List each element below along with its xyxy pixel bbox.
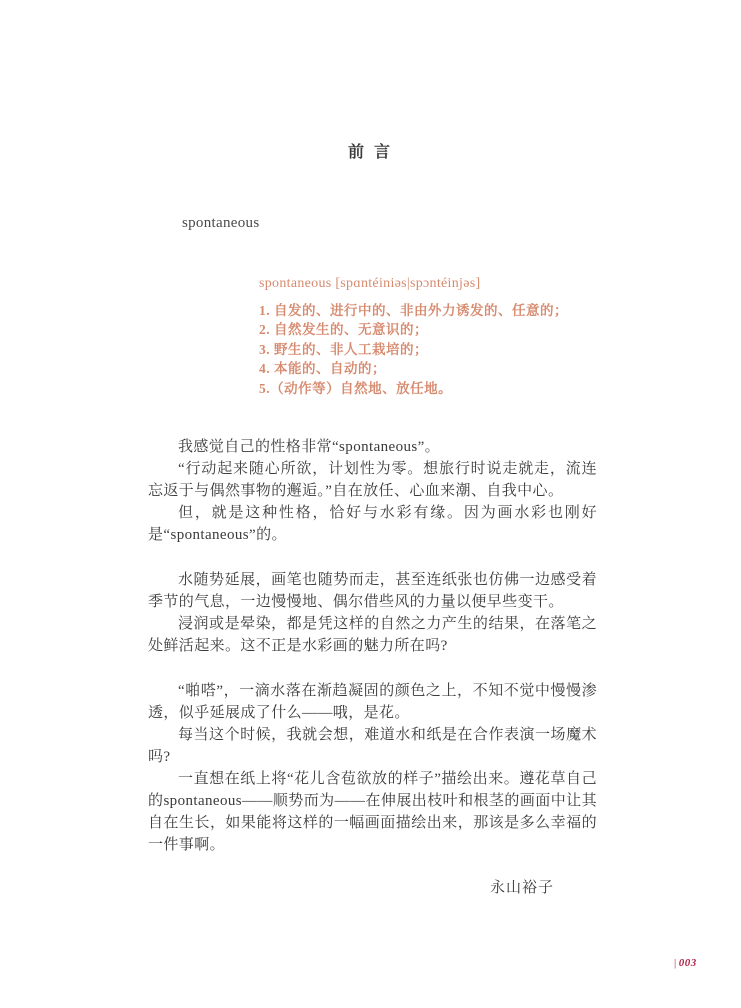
paragraph: “啪嗒”，一滴水落在渐趋凝固的颜色之上，不知不觉中慢慢渗透，似乎延展成了什么——… [148, 680, 597, 724]
paragraph-group-1: 我感觉自己的性格非常“spontaneous”。 “行动起来随心所欲，计划性为零… [148, 436, 597, 546]
paragraph-group-3: “啪嗒”，一滴水落在渐趋凝固的颜色之上，不知不觉中慢慢渗透，似乎延展成了什么——… [148, 680, 597, 856]
dictionary-definition-5: 5.（动作等）自然地、放任地。 [259, 379, 589, 398]
paragraph: 浸润或是晕染，都是凭这样的自然之力产生的结果，在落笔之处鲜活起来。这不正是水彩画… [148, 613, 597, 657]
paragraph: 但，就是这种性格，恰好与水彩有缘。因为画水彩也刚好是“spontaneous”的… [148, 502, 597, 546]
dictionary-entry-line: spontaneous [spɑntéiniəs|spɔntéinjəs] [259, 276, 589, 292]
paragraph: “行动起来随心所欲，计划性为零。想旅行时说走就走，流连忘返于与偶然事物的邂逅。”… [148, 458, 597, 502]
dictionary-definition-1: 1. 自发的、进行中的、非由外力诱发的、任意的； [259, 301, 589, 320]
preface-body: 我感觉自己的性格非常“spontaneous”。 “行动起来随心所欲，计划性为零… [148, 436, 597, 879]
dictionary-definition-3: 3. 野生的、非人工栽培的； [259, 340, 589, 359]
book-page: 前 言 spontaneous spontaneous [spɑntéiniəs… [0, 0, 741, 1008]
page-number-value: 003 [679, 957, 697, 969]
dictionary-definition-4: 4. 本能的、自动的； [259, 359, 589, 378]
margin-note-spontaneous: spontaneous [182, 215, 259, 232]
author-signature: 永山裕子 [490, 876, 554, 897]
dictionary-definition-2: 2. 自然发生的、无意识的； [259, 320, 589, 339]
paragraph: 我感觉自己的性格非常“spontaneous”。 [148, 436, 597, 458]
paragraph: 水随势延展，画笔也随势而走，甚至连纸张也仿佛一边感受着季节的气息，一边慢慢地、偶… [148, 569, 597, 613]
page-number-separator: | [674, 957, 677, 969]
page-number: |003 [674, 957, 697, 969]
dictionary-definitions: 1. 自发的、进行中的、非由外力诱发的、任意的； 2. 自然发生的、无意识的； … [259, 301, 589, 398]
page-title: 前 言 [0, 139, 741, 162]
paragraph-group-2: 水随势延展，画笔也随势而走，甚至连纸张也仿佛一边感受着季节的气息，一边慢慢地、偶… [148, 569, 597, 657]
dictionary-block: spontaneous [spɑntéiniəs|spɔntéinjəs] 1.… [259, 276, 589, 398]
paragraph: 一直想在纸上将“花儿含苞欲放的样子”描绘出来。遵花草自己的spontaneous… [148, 768, 597, 856]
paragraph: 每当这个时候，我就会想，难道水和纸是在合作表演一场魔术吗? [148, 724, 597, 768]
